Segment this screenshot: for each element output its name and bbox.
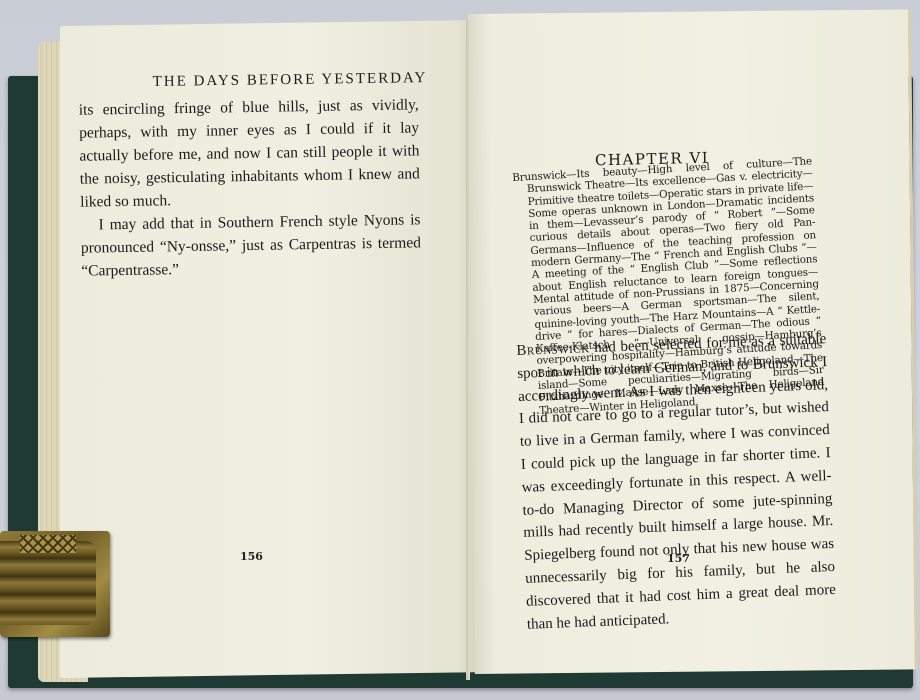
- brass-fingers: [0, 541, 96, 625]
- brass-lattice-cuff: [20, 535, 76, 553]
- left-page-text: its encircling fringe of blue hills, jus…: [79, 93, 422, 282]
- page-number-left: 156: [240, 550, 263, 563]
- lead-word: Brunswick: [516, 340, 590, 359]
- brass-hand-bookmark-clip: [0, 531, 110, 637]
- right-paragraph: had been selected for me as a suitable s…: [517, 331, 836, 632]
- left-paragraph-1: its encircling fringe of blue hills, jus…: [79, 93, 421, 213]
- right-page-text: Brunswick had been selected for me as a …: [516, 328, 837, 636]
- book-gutter: [466, 20, 470, 680]
- left-paragraph-2: I may add that in Southern French style …: [80, 208, 421, 282]
- page-number-right: 157: [667, 552, 690, 565]
